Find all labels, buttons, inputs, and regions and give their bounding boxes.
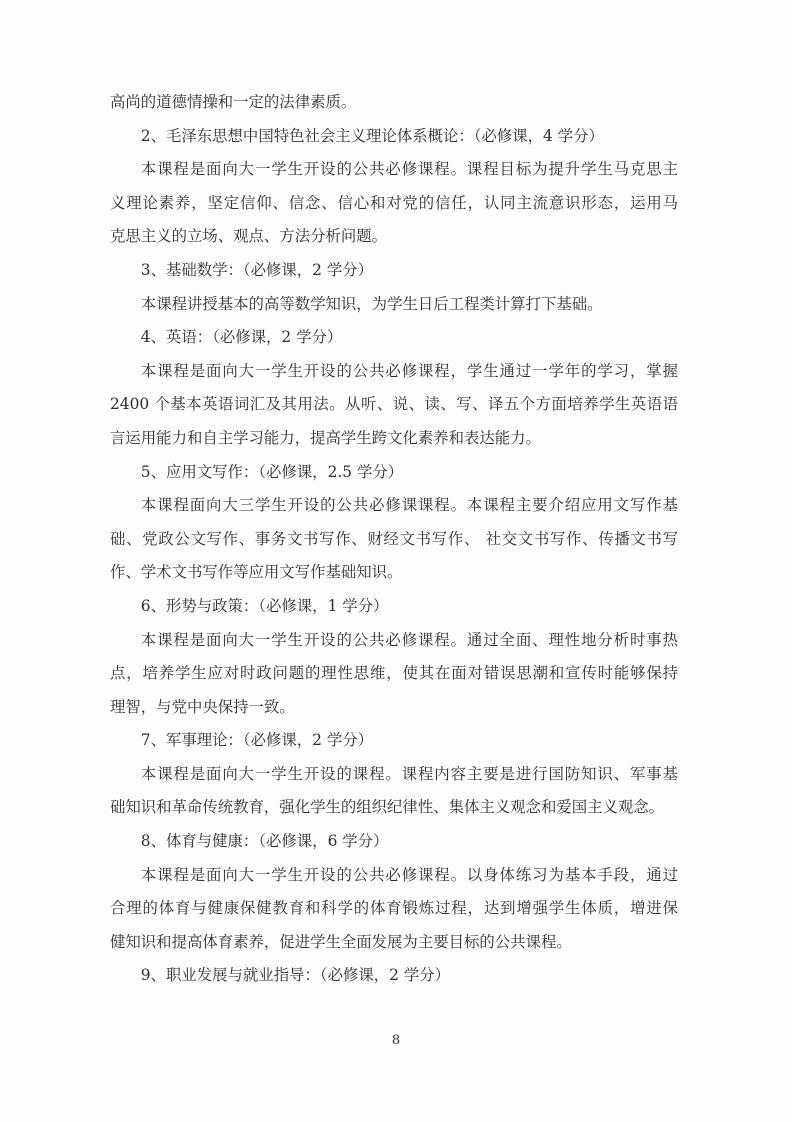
page-number: 8 xyxy=(392,1033,400,1048)
paragraph-line: 义理论素养，坚定信仰、信念、信心和对党的信任，认同主流意识形态，运用马 xyxy=(110,187,678,221)
paragraph-line: 健知识和提高体育素养，促进学生全面发展为主要目标的公共课程。 xyxy=(110,926,678,960)
course-heading-line: 7、军事理论：（必修课，2 学分） xyxy=(110,724,678,758)
paragraph-line: 础知识和革命传统教育，强化学生的组织纪律性、集体主义观念和爱国主义观念。 xyxy=(110,791,678,825)
course-heading-line: 6、形势与政策：（必修课，1 学分） xyxy=(110,590,678,624)
paragraph-line: 础、党政公文写作、事务文书写作、财经文书写作、 社交文书写作、传播文书写 xyxy=(110,523,678,557)
paragraph-line: 高尚的道德情操和一定的法律素质。 xyxy=(110,86,678,120)
course-heading-line: 4、英语：（必修课，2 学分） xyxy=(110,321,678,355)
document-page: 高尚的道德情操和一定的法律素质。2、毛泽东思想中国特色社会主义理论体系概论：（必… xyxy=(0,0,792,1122)
course-heading-line: 9、职业发展与就业指导：（必修课，2 学分） xyxy=(110,959,678,993)
paragraph-line: 2400 个基本英语词汇及其用法。从听、说、读、写、译五个方面培养学生英语语 xyxy=(110,388,678,422)
paragraph-line: 合理的体育与健康保健教育和科学的体育锻炼过程，达到增强学生体质，增进保 xyxy=(110,892,678,926)
paragraph-line: 点，培养学生应对时政问题的理性思维，使其在面对错误思潮和宣传时能够保持 xyxy=(110,657,678,691)
paragraph-line: 作、学术文书写作等应用文写作基础知识。 xyxy=(110,556,678,590)
paragraph-line: 本课程面向大三学生开设的公共必修课课程。本课程主要介绍应用文写作基 xyxy=(110,489,678,523)
paragraph-line: 理智，与党中央保持一致。 xyxy=(110,691,678,725)
paragraph-line: 本课程是面向大一学生开设的课程。课程内容主要是进行国防知识、军事基 xyxy=(110,758,678,792)
paragraph-line: 本课程是面向大一学生开设的公共必修课程。通过全面、理性地分析时事热 xyxy=(110,624,678,658)
course-heading-line: 8、体育与健康：（必修课，6 学分） xyxy=(110,825,678,859)
course-heading-line: 3、基础数学：（必修课，2 学分） xyxy=(110,254,678,288)
paragraph-line: 本课程是面向大一学生开设的公共必修课程，学生通过一学年的学习，掌握 xyxy=(110,355,678,389)
course-heading-line: 5、应用文写作：（必修课，2.5 学分） xyxy=(110,456,678,490)
paragraph-line: 本课程是面向大一学生开设的公共必修课程。课程目标为提升学生马克思主 xyxy=(110,153,678,187)
paragraph-line: 克思主义的立场、观点、方法分析问题。 xyxy=(110,220,678,254)
paragraph-line: 本课程讲授基本的高等数学知识，为学生日后工程类计算打下基础。 xyxy=(110,288,678,322)
paragraph-line: 本课程是面向大一学生开设的公共必修课程。以身体练习为基本手段，通过 xyxy=(110,859,678,893)
page-content: 高尚的道德情操和一定的法律素质。2、毛泽东思想中国特色社会主义理论体系概论：（必… xyxy=(110,86,678,993)
page-footer: 8 xyxy=(0,1033,792,1048)
course-heading-line: 2、毛泽东思想中国特色社会主义理论体系概论：（必修课，4 学分） xyxy=(110,120,678,154)
paragraph-line: 言运用能力和自主学习能力，提高学生跨文化素养和表达能力。 xyxy=(110,422,678,456)
